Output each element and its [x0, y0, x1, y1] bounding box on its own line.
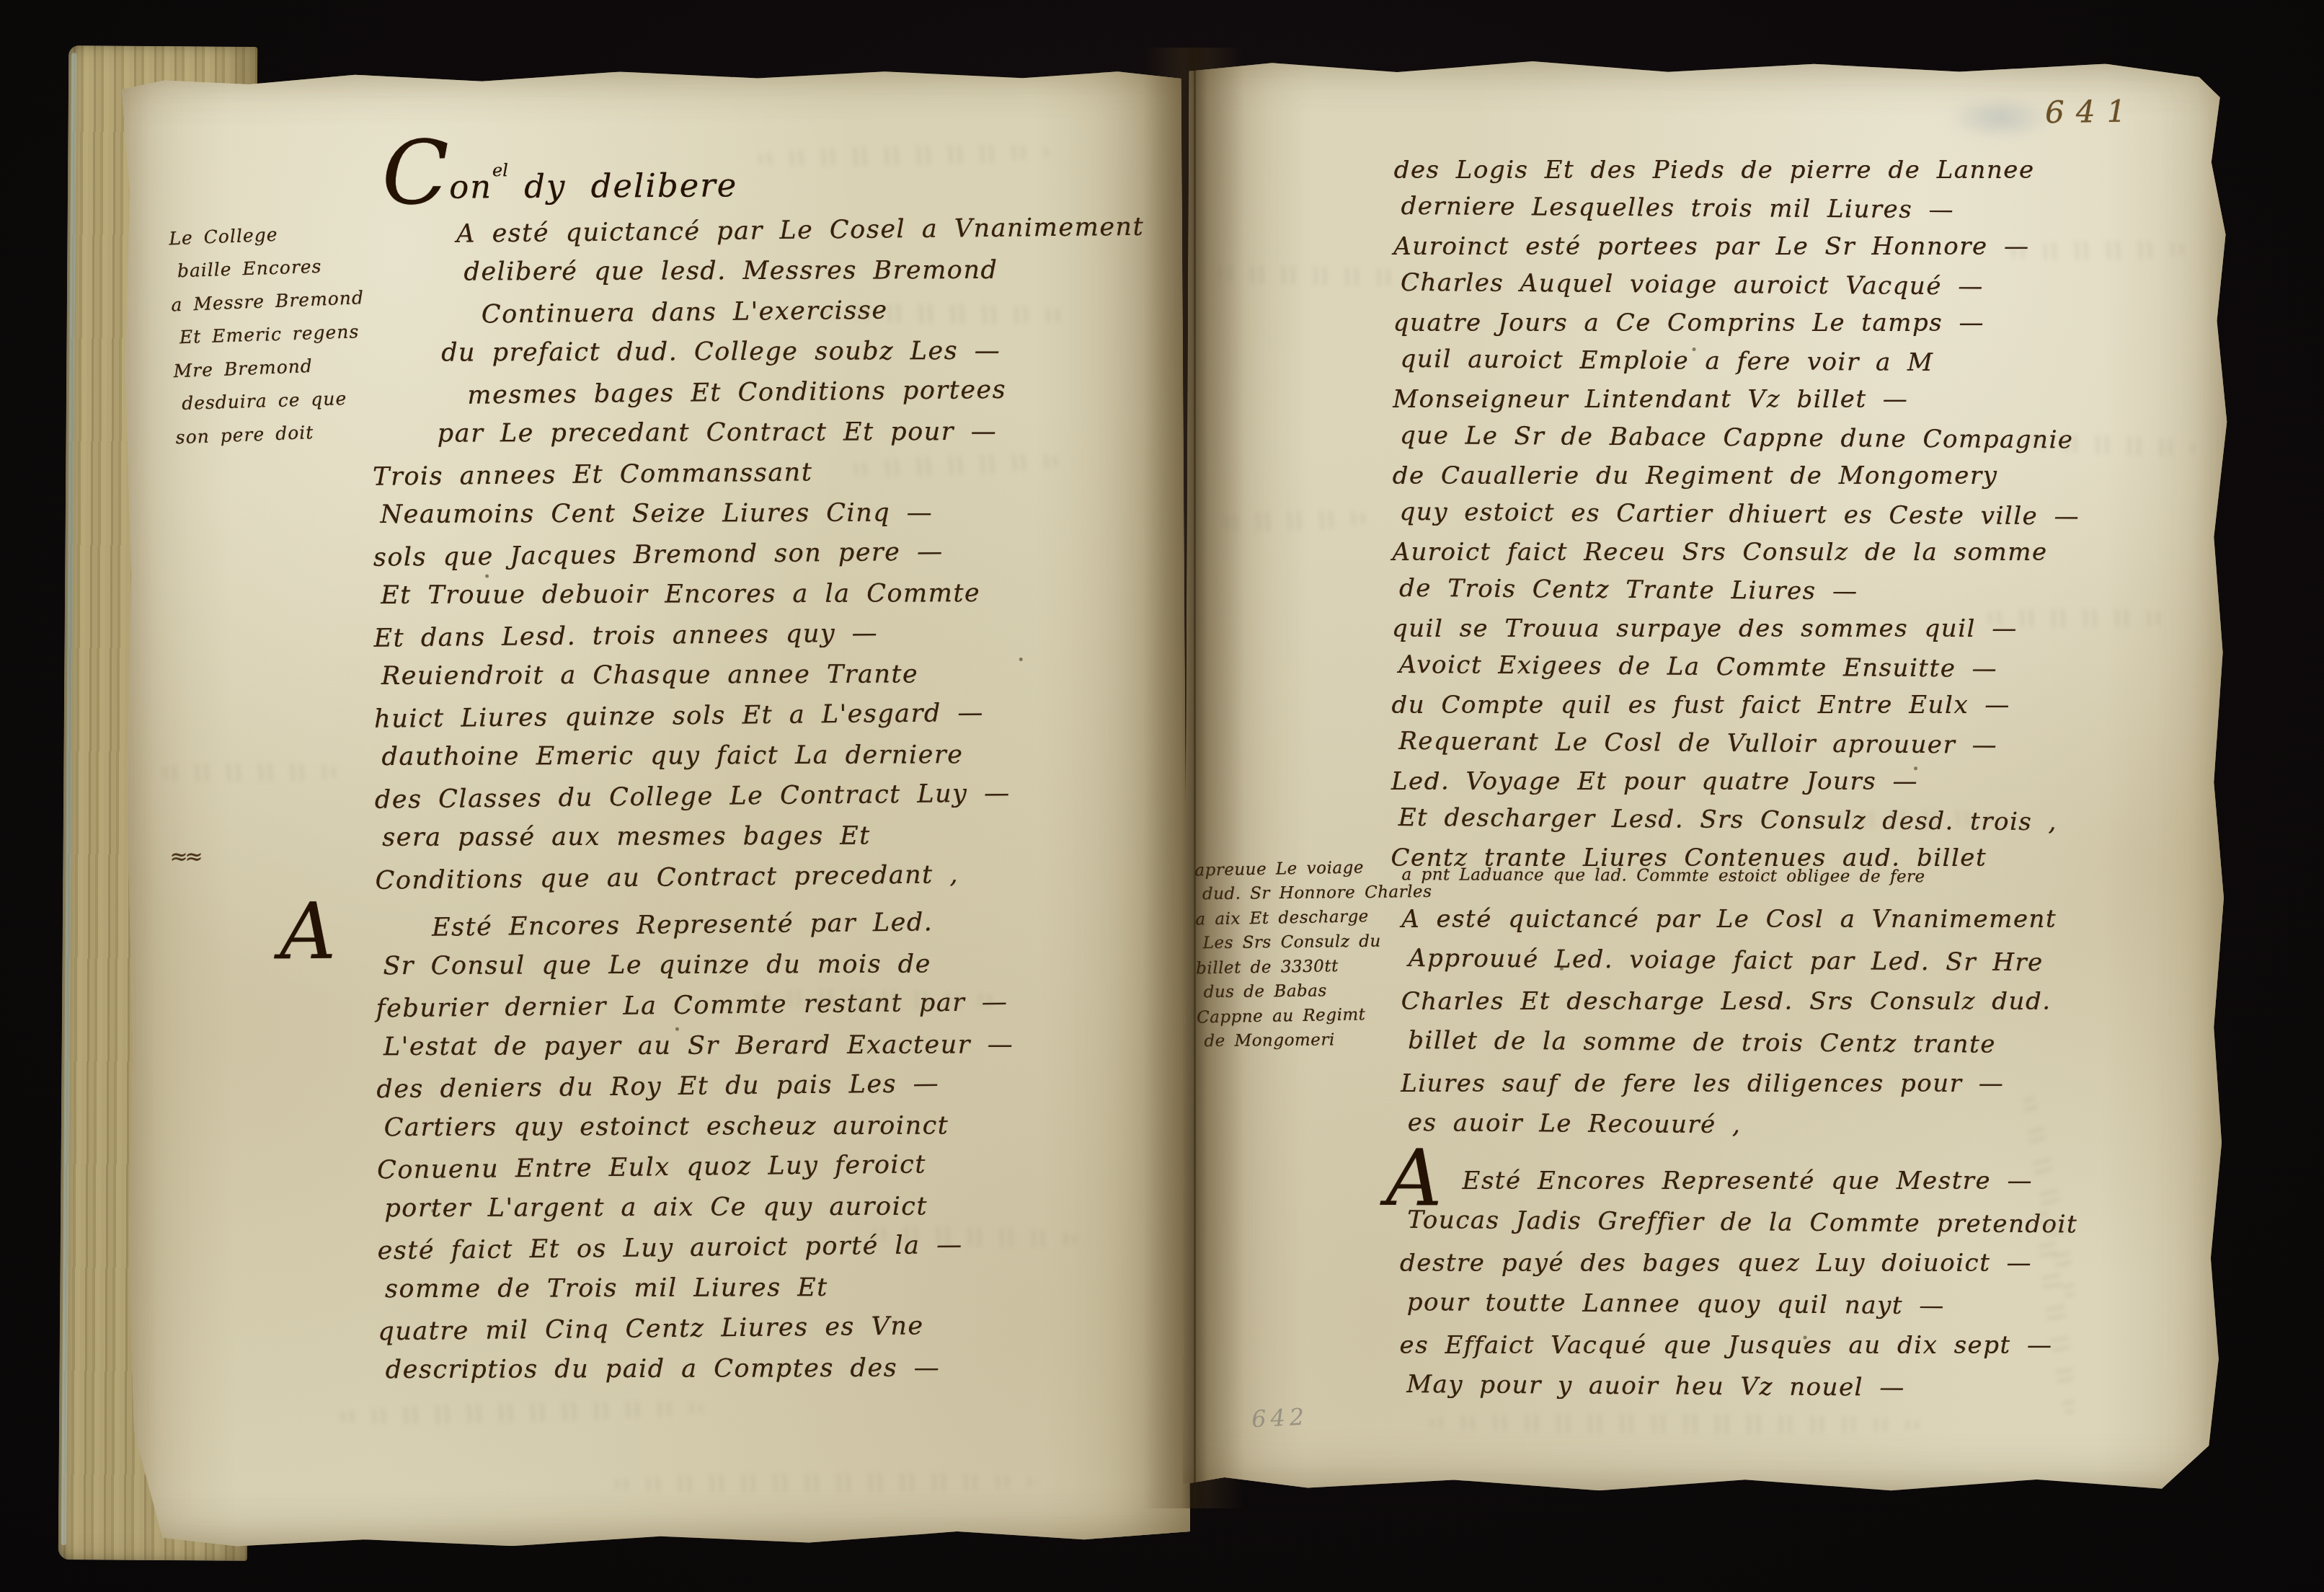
manuscript-line: Reuiendroit a Chasque annee Trante [381, 653, 1147, 696]
section-heading: C on el dy delibere [381, 140, 737, 206]
ink-speck [485, 574, 489, 578]
manuscript-line: des deniers du Roy Et du pais Les — [376, 1063, 1014, 1110]
heading-superscript: el [492, 160, 508, 205]
manuscript-line: Esté Encores Representé que Mestre — [1463, 1161, 2078, 1202]
margin-note-line: dud. Sr Honnore Charles [1202, 880, 1432, 906]
manuscript-line: Trois annees Et Commanssant [373, 449, 1146, 497]
manuscript-line: que Le Sr de Babace Cappne dune Compagni… [1400, 417, 2080, 460]
manuscript-line: es auoir Le Recouuré , [1408, 1102, 2056, 1148]
manuscript-line: Auroinct esté portees par Le Sr Honnore … [1393, 228, 2081, 266]
margin-squiggle-mark: ≈≈ [169, 844, 200, 870]
heading-base: on [449, 167, 492, 205]
manuscript-line: pour toutte Lannee quoy quil nayt — [1407, 1282, 2077, 1327]
interline-note: a pnt Laduance que lad. Commte estoict o… [1401, 865, 1925, 886]
manuscript-line: destre payé des bages quez Luy doiuoict … [1400, 1243, 2077, 1284]
heading-rest: dy delibere [524, 166, 738, 205]
right-page: 641 des Logis Et des Pieds de pierre de … [1183, 57, 2231, 1503]
manuscript-line: Et descharger Lesd. Srs Consulz desd. tr… [1398, 799, 2079, 842]
manuscript-line: Requerant Le Cosl de Vulloir aprouuer — [1398, 722, 2079, 766]
manuscript-line: Led. Voyage Et pour quatre Jours — [1391, 763, 2079, 801]
ink-speck [1693, 348, 1696, 351]
manuscript-line: Conuenu Entre Eulx quoz Luy feroict [377, 1144, 1015, 1190]
manuscript-line: Conditions que au Contract precedant , [375, 852, 1148, 901]
manuscript-line: quil auroict Emploie a fere voir a M [1400, 340, 2080, 384]
manuscript-line: huict Liures quinze sols Et a L'esgard — [374, 691, 1148, 739]
manuscript-line: billet de la somme de trois Centz trante [1408, 1020, 2056, 1066]
margin-note-line: son pere doit [175, 414, 369, 454]
manuscript-line: quil se Trouua surpaye des sommes quil — [1392, 610, 2080, 648]
manuscript-line: Monseigneur Lintendant Vz billet — [1393, 381, 2080, 419]
manuscript-line: Charles Et descharge Lesd. Srs Consulz d… [1401, 981, 2057, 1022]
ink-speck [1804, 1336, 1807, 1340]
manuscript-line: Auroict faict Receu Srs Consulz de la so… [1392, 534, 2080, 572]
ink-speck [1019, 658, 1023, 661]
manuscript-line: esté faict Et os Luy auroict porté la — [377, 1224, 1015, 1271]
left-paragraph-2: Esté Encores Representé par Led.Sr Consu… [376, 903, 1016, 1391]
bleedthrough-mark [332, 1399, 706, 1426]
page-number-pencil: 642 [1251, 1403, 1309, 1433]
manuscript-line: Toucas Jadis Greffier de la Commte prete… [1407, 1200, 2077, 1245]
left-margin-note: Le Collegebaille Encoresa Messre Bremond… [169, 216, 369, 454]
page-number-ink: 641 [2045, 93, 2138, 130]
manuscript-line: mesmes bages Et Conditions portees [467, 368, 1145, 416]
ink-speck [1914, 766, 1917, 770]
bleedthrough-mark [749, 143, 1052, 169]
bleedthrough-mark [1600, 1487, 1961, 1503]
bleedthrough-mark [1421, 1413, 1925, 1434]
manuscript-line: Liures sauf de fere les diligences pour … [1401, 1063, 2056, 1105]
right-margin-note: apreuue Le voiagedud. Sr Honnore Charles… [1194, 854, 1434, 1053]
margin-note-line: dus de Babas [1203, 978, 1433, 1004]
left-paragraph-1: A esté quictancé par Le Cosel a Vnanimem… [371, 208, 1148, 900]
manuscript-line: deliberé que lesd. Messres Bremond [464, 249, 1144, 292]
manuscript-line: derniere Lesquelles trois mil Liures — [1401, 187, 2081, 231]
manuscript-line: Charles Auquel voiage auroict Vacqué — [1401, 264, 2081, 307]
ink-speck [431, 1209, 435, 1213]
manuscript-line: Sr Consul que Le quinze du mois de [383, 944, 1013, 986]
ink-speck [675, 1027, 679, 1031]
manuscript-line: des Classes du College Le Contract Luy — [375, 771, 1148, 820]
manuscript-line: A esté quictancé par Le Cosel a Vnanimem… [456, 207, 1145, 255]
manuscript-line: feburier dernier La Commte restant par — [376, 982, 1014, 1029]
manuscript-line: dauthoine Emeric quy faict La derniere [381, 734, 1147, 777]
right-paragraph-2: Esté Encores Representé que Mestre —Touc… [1399, 1159, 2077, 1409]
bleedthrough-mark [155, 763, 342, 783]
manuscript-line: Neaumoins Cent Seize Liures Cinq — [380, 492, 1145, 535]
bleedthrough-mark [606, 1472, 1039, 1494]
manuscript-line: porter L'argent a aix Ce quy auroict [384, 1186, 1014, 1229]
manuscript-line: sols que Jacques Bremond son pere — [373, 530, 1147, 578]
manuscript-line: par Le precedant Contract Et pour — [438, 411, 1145, 454]
margin-note-line: a aix Et descharge [1195, 903, 1432, 932]
manuscript-line: descriptios du paid a Comptes des — [386, 1348, 1016, 1390]
paper-smudge [1946, 94, 2054, 141]
manuscript-line: Continuera dans L'exercisse [482, 288, 1145, 335]
manuscript-line: L'estat de payer au Sr Berard Exacteur — [383, 1025, 1014, 1067]
manuscript-line: Esté Encores Representé par Led. [432, 901, 1014, 947]
manuscript-line: quatre mil Cinq Centz Liures es Vne [378, 1305, 1016, 1352]
manuscript-line: de Trois Centz Trante Liures — [1399, 570, 2080, 613]
margin-note-line: apreuue Le voiage [1194, 854, 1432, 883]
manuscript-line: Approuué Led. voiage faict par Led. Sr H… [1409, 938, 2057, 983]
manuscript-line: somme de Trois mil Liures Et [385, 1267, 1015, 1309]
manuscript-line: Cartiers quy estoinct escheuz auroinct [384, 1105, 1014, 1148]
manuscript-line: quy estoict es Cartier dhiuert es Ceste … [1399, 493, 2080, 536]
manuscript-line: May pour y auoir heu Vz nouel — [1406, 1364, 2077, 1410]
heading-initial: C [381, 142, 449, 207]
manuscript-line: es Effaict Vacqué que Jusques au dix sep… [1400, 1325, 2077, 1366]
margin-note-line: Cappne au Regimt [1197, 1001, 1434, 1030]
manuscript-line: sera passé aux mesmes bages Et [382, 815, 1148, 858]
photograph-background: C on el dy delibere Le Collegebaille Enc… [0, 0, 2324, 1592]
paragraph-initial: A [280, 901, 337, 964]
manuscript-line: Et Trouue debuoir Encores a la Commte [381, 572, 1146, 616]
margin-note-line: billet de 3330tt [1196, 952, 1433, 981]
manuscript-line: A esté quictancé par Le Cosl a Vnanimeme… [1401, 899, 2057, 940]
manuscript-line: des Logis Et des Pieds de pierre de Lann… [1394, 151, 2082, 190]
manuscript-line: Et dans Lesd. trois annees quy — [373, 611, 1147, 659]
margin-note-line: de Mongomeri [1204, 1027, 1434, 1053]
manuscript-line: du Compte quil es fust faict Entre Eulx … [1391, 686, 2078, 725]
bleedthrough-mark [1215, 509, 1367, 532]
ink-speck [1560, 967, 1564, 970]
right-paragraph-1: des Logis Et des Pieds de pierre de Lann… [1391, 150, 2081, 879]
margin-note-line: Les Srs Consulz du [1203, 929, 1433, 955]
manuscript-line: du prefaict dud. College soubz Les — [441, 330, 1145, 373]
manuscript-line: de Cauallerie du Regiment de Mongomery [1393, 457, 2080, 495]
right-paragraph-1-continued: A esté quictancé par Le Cosl a Vnanimeme… [1401, 898, 2057, 1147]
manuscript-line: Avoict Exigees de La Commte Ensuitte — [1399, 646, 2080, 689]
left-page: C on el dy delibere Le Collegebaille Enc… [122, 66, 1190, 1550]
manuscript-line: quatre Jours a Ce Comprins Le tamps — [1393, 304, 2081, 342]
